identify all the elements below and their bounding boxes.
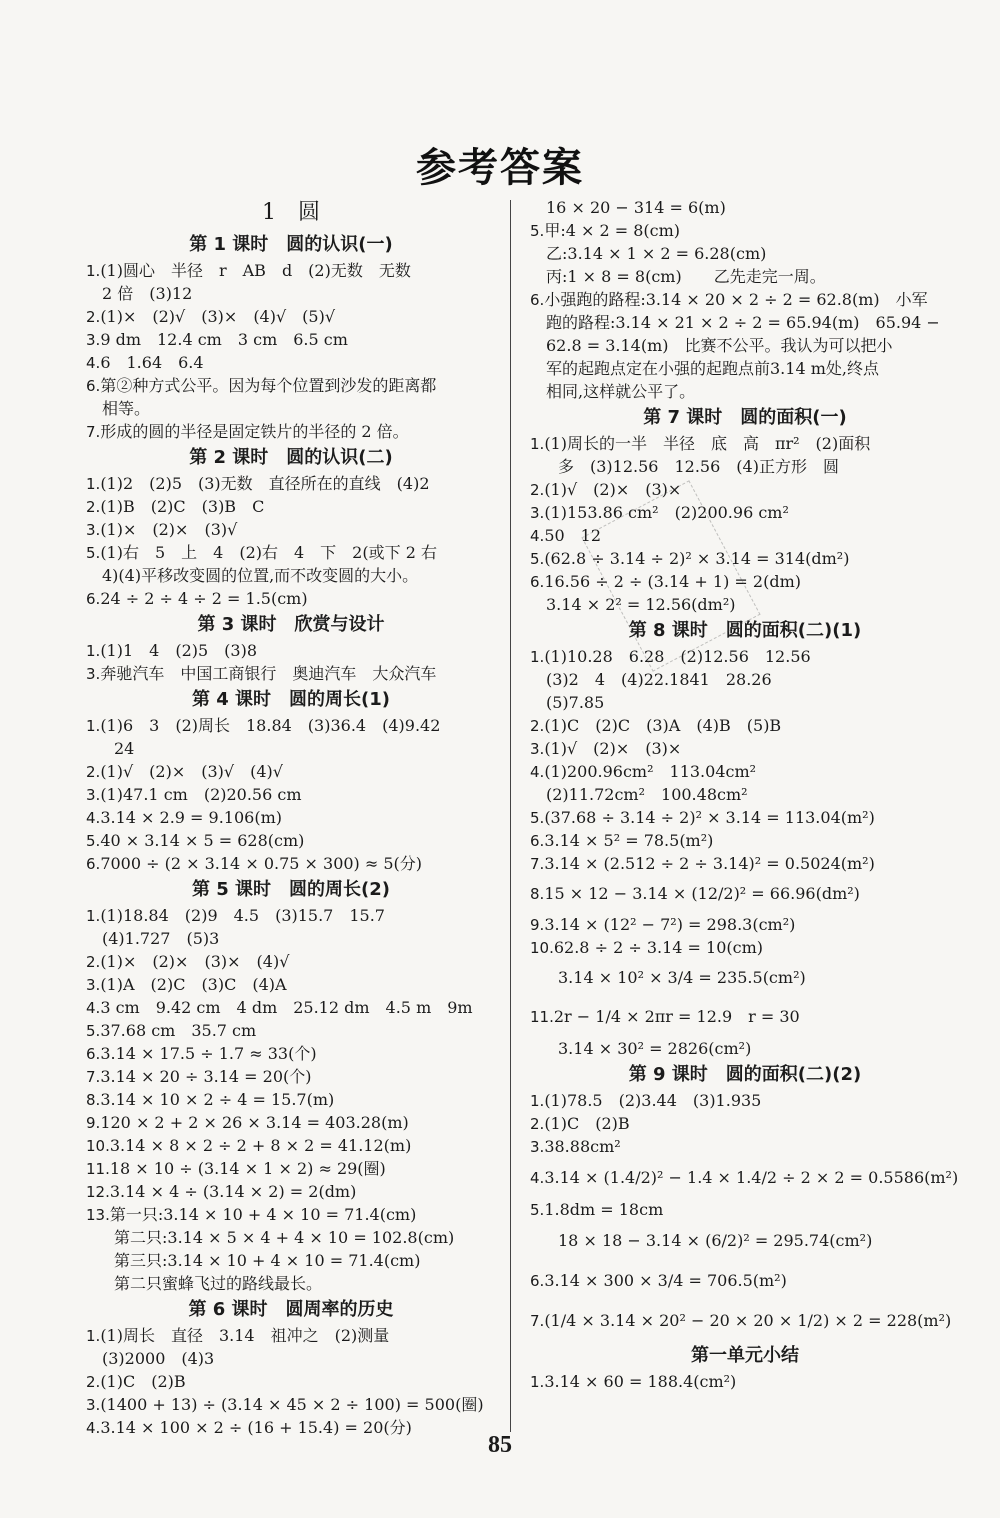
question-number: 6.: [86, 855, 100, 873]
question-number: 5.: [530, 809, 544, 827]
answer-text: 3.14 × 2² = 12.56(dm²): [546, 595, 736, 614]
answer-text: 15 × 12 − 3.14 × (12/2)² = 66.96(dm²): [544, 884, 860, 903]
answer-line: 相等。: [86, 397, 496, 420]
section-heading: 第 5 课时 圆的周长(2): [86, 875, 496, 904]
answer-line: 3.14 × 30² = 2826(cm²): [530, 1037, 960, 1060]
answer-text: (1)周长 直径 3.14 祖冲之 (2)测量: [100, 1326, 389, 1345]
question-number: 5.: [86, 1022, 100, 1040]
answer-line: 4.3.14 × (1.4/2)² − 1.4 × 1.4/2 ÷ 2 × 2 …: [530, 1158, 960, 1198]
answer-line: 相同,这样就公平了。: [530, 380, 960, 403]
answer-line: 2.(1)C (2)B: [86, 1370, 496, 1393]
answer-line: 军的起跑点定在小强的起跑点前3.14 m处,终点: [530, 357, 960, 380]
section-heading: 第 6 课时 圆周率的历史: [86, 1295, 496, 1324]
answer-text: (1)× (2)√ (3)× (4)√ (5)√: [100, 307, 335, 326]
answer-text: 3.14 × (12² − 7²) = 298.3(cm²): [544, 915, 795, 934]
question-number: 4.: [530, 527, 544, 545]
question-number: 2.: [86, 308, 100, 326]
question-number: 5.: [530, 1201, 544, 1219]
question-number: 6.: [530, 1272, 544, 1290]
question-number: 8.: [530, 885, 544, 903]
answer-line: 5.甲:4 × 2 = 8(cm): [530, 219, 960, 242]
answer-line: (5)7.85: [530, 691, 960, 714]
answer-text: 3.14 × (2.512 ÷ 2 ÷ 3.14)² = 0.5024(m²): [544, 854, 875, 873]
answer-text: (1)200.96cm² 113.04cm²: [544, 762, 756, 781]
section-heading: 第 7 课时 圆的面积(一): [530, 403, 960, 432]
answer-line: 3.(1400 + 13) ÷ (3.14 × 45 × 2 ÷ 100) = …: [86, 1393, 496, 1416]
question-number: 11.: [86, 1160, 110, 1178]
question-number: 3.: [530, 1138, 544, 1156]
section-heading: 第 4 课时 圆的周长(1): [86, 685, 496, 714]
question-number: 1.: [530, 648, 544, 666]
answer-text: 38.88cm²: [544, 1137, 620, 1156]
answer-text: 7000 ÷ (2 × 3.14 × 0.75 × 300) ≈ 5(分): [100, 854, 422, 873]
question-number: 1.: [86, 475, 100, 493]
answer-text: 1.8dm = 18cm: [544, 1200, 663, 1219]
answer-text: 16 × 20 − 314 = 6(m): [546, 198, 726, 217]
answer-line: 2.(1)× (2)× (3)× (4)√: [86, 950, 496, 973]
answer-line: (3)2000 (4)3: [86, 1347, 496, 1370]
answer-line: 4.6 1.64 6.4: [86, 351, 496, 374]
answer-line: 4.3 cm 9.42 cm 4 dm 25.12 dm 4.5 m 9m: [86, 996, 496, 1019]
question-number: 1.: [530, 435, 544, 453]
question-number: 2.: [530, 1115, 544, 1133]
answer-text: 2 倍 (3)12: [102, 284, 192, 303]
answer-line: 11.2r − 1/4 × 2πr = 12.9 r = 30: [530, 997, 960, 1037]
answer-line: 3.(1)153.86 cm² (2)200.96 cm²: [530, 501, 960, 524]
answer-text: (1)6 3 (2)周长 18.84 (3)36.4 (4)9.42: [100, 716, 440, 735]
answer-text: 18 × 18 − 3.14 × (6/2)² = 295.74(cm²): [558, 1231, 872, 1250]
question-number: 4.: [86, 999, 100, 1017]
answer-line: 1.(1)1 4 (2)5 (3)8: [86, 639, 496, 662]
answer-text: (1)A (2)C (3)C (4)A: [100, 975, 286, 994]
answer-line: 4)(4)平移改变圆的位置,而不改变圆的大小。: [86, 564, 496, 587]
answer-text: (1)√ (2)× (3)×: [544, 480, 681, 499]
answer-text: 24: [114, 739, 134, 758]
answer-text: (1)右 5 上 4 (2)右 4 下 2(或下 2 右: [100, 543, 437, 562]
answer-text: 形成的圆的半径是固定铁片的半径的 2 倍。: [100, 422, 408, 441]
answer-line: 1.(1)周长 直径 3.14 祖冲之 (2)测量: [86, 1324, 496, 1347]
answer-text: 62.8 ÷ 2 ÷ 3.14 = 10(cm): [554, 938, 763, 957]
answer-text: (1)C (2)B: [544, 1114, 629, 1133]
answer-line: 6.3.14 × 300 × 3/4 = 706.5(m²): [530, 1261, 960, 1301]
answer-line: 1.(1)周长的一半 半径 底 高 πr² (2)面积: [530, 432, 960, 455]
answer-text: 9 dm 12.4 cm 3 cm 6.5 cm: [100, 330, 348, 349]
answer-line: 乙:3.14 × 1 × 2 = 6.28(cm): [530, 242, 960, 265]
answer-line: 11.18 × 10 ÷ (3.14 × 1 × 2) ≈ 29(圈): [86, 1157, 496, 1180]
question-number: 3.: [530, 740, 544, 758]
answer-line: 3.38.88cm²: [530, 1135, 960, 1158]
answer-line: 2.(1)× (2)√ (3)× (4)√ (5)√: [86, 305, 496, 328]
answer-line: 8.3.14 × 10 × 2 ÷ 4 = 15.7(m): [86, 1088, 496, 1111]
answer-line: 3.(1)√ (2)× (3)×: [530, 737, 960, 760]
answer-text: (1)78.5 (2)3.44 (3)1.935: [544, 1091, 761, 1110]
answer-line: 16 × 20 − 314 = 6(m): [530, 196, 960, 219]
answer-text: (1)× (2)× (3)√: [100, 520, 237, 539]
answer-text: (1)153.86 cm² (2)200.96 cm²: [544, 503, 789, 522]
answer-text: 相等。: [102, 399, 150, 418]
answer-line: 5.37.68 cm 35.7 cm: [86, 1019, 496, 1042]
answer-text: 120 × 2 + 2 × 26 × 3.14 = 403.28(m): [100, 1113, 408, 1132]
answer-text: (1)× (2)× (3)× (4)√: [100, 952, 289, 971]
answer-text: 相同,这样就公平了。: [546, 382, 695, 401]
answer-line: 1.(1)2 (2)5 (3)无数 直径所在的直线 (4)2: [86, 472, 496, 495]
answer-text: 3.14 × 60 = 188.4(cm²): [544, 1372, 736, 1391]
question-number: 3.: [86, 976, 100, 994]
answer-text: (2)11.72cm² 100.48cm²: [546, 785, 748, 804]
answer-text: (1)√ (2)× (3)√ (4)√: [100, 762, 283, 781]
question-number: 1.: [86, 907, 100, 925]
answer-text: 40 × 3.14 × 5 = 628(cm): [100, 831, 304, 850]
answer-line: 12.3.14 × 4 ÷ (3.14 × 2) = 2(dm): [86, 1180, 496, 1203]
answer-line: 1.3.14 × 60 = 188.4(cm²): [530, 1370, 960, 1393]
answer-line: 4.50 12: [530, 524, 960, 547]
answer-line: 5.(62.8 ÷ 3.14 ÷ 2)² × 3.14 = 314(dm²): [530, 547, 960, 570]
page-title: 参考答案: [0, 136, 1000, 193]
answer-text: 3.14 × 30² = 2826(cm²): [558, 1039, 751, 1058]
answer-text: (1)圆心 半径 r AB d (2)无数 无数: [100, 261, 411, 280]
answer-line: 3.(1)47.1 cm (2)20.56 cm: [86, 783, 496, 806]
answer-text: (1)2 (2)5 (3)无数 直径所在的直线 (4)2: [100, 474, 429, 493]
answer-line: 7.形成的圆的半径是固定铁片的半径的 2 倍。: [86, 420, 496, 443]
question-number: 2.: [86, 1373, 100, 1391]
answer-text: (1)周长的一半 半径 底 高 πr² (2)面积: [544, 434, 870, 453]
answer-text: 第三只:3.14 × 10 + 4 × 10 = 71.4(cm): [114, 1251, 420, 1270]
answer-line: 5.40 × 3.14 × 5 = 628(cm): [86, 829, 496, 852]
answer-line: 4.(1)200.96cm² 113.04cm²: [530, 760, 960, 783]
answer-line: 丙:1 × 8 = 8(cm) 乙先走完一周。: [530, 265, 960, 288]
answer-line: 4.3.14 × 2.9 = 9.106(m): [86, 806, 496, 829]
question-number: 4.: [530, 763, 544, 781]
answer-line: 6.3.14 × 5² = 78.5(m²): [530, 829, 960, 852]
answer-line: 18 × 18 − 3.14 × (6/2)² = 295.74(cm²): [530, 1221, 960, 1261]
answer-text: 3.14 × 300 × 3/4 = 706.5(m²): [544, 1271, 787, 1290]
answer-line: 1.(1)6 3 (2)周长 18.84 (3)36.4 (4)9.42: [86, 714, 496, 737]
answer-line: 1.(1)10.28 6.28 (2)12.56 12.56: [530, 645, 960, 668]
answer-text: (1/4 × 3.14 × 20² − 20 × 20 × 1/2) × 2 =…: [544, 1311, 951, 1330]
answer-line: 2.(1)√ (2)× (3)×: [530, 478, 960, 501]
answer-text: 62.8 = 3.14(m) 比赛不公平。我认为可以把小: [546, 336, 893, 355]
answer-line: 13.第一只:3.14 × 10 + 4 × 10 = 71.4(cm): [86, 1203, 496, 1226]
answer-text: (1)47.1 cm (2)20.56 cm: [100, 785, 301, 804]
answer-line: 2 倍 (3)12: [86, 282, 496, 305]
answer-text: 奔驰汽车 中国工商银行 奥迪汽车 大众汽车: [100, 664, 436, 683]
question-number: 6.: [530, 573, 544, 591]
answer-text: 18 × 10 ÷ (3.14 × 1 × 2) ≈ 29(圈): [110, 1159, 386, 1178]
answer-line: 8.15 × 12 − 3.14 × (12/2)² = 66.96(dm²): [530, 875, 960, 913]
answer-line: 1.(1)圆心 半径 r AB d (2)无数 无数: [86, 259, 496, 282]
answer-text: 3 cm 9.42 cm 4 dm 25.12 dm 4.5 m 9m: [100, 998, 472, 1017]
section-heading: 第 1 课时 圆的认识(一): [86, 230, 496, 259]
question-number: 1.: [86, 642, 100, 660]
answer-line: 9.3.14 × (12² − 7²) = 298.3(cm²): [530, 913, 960, 936]
question-number: 3.: [86, 786, 100, 804]
answer-line: 多 (3)12.56 12.56 (4)正方形 圆: [530, 455, 960, 478]
answer-text: 3.14 × 10² × 3/4 = 235.5(cm²): [558, 968, 806, 987]
question-number: 3.: [530, 504, 544, 522]
answer-text: 3.14 × 2.9 = 9.106(m): [100, 808, 282, 827]
section-heading: 第 3 课时 欣赏与设计: [86, 610, 496, 639]
answer-text: (1)10.28 6.28 (2)12.56 12.56: [544, 647, 810, 666]
answer-line: 3.(1)A (2)C (3)C (4)A: [86, 973, 496, 996]
question-number: 5.: [530, 550, 544, 568]
answer-line: 1.(1)18.84 (2)9 4.5 (3)15.7 15.7: [86, 904, 496, 927]
answer-text: (3)2000 (4)3: [102, 1349, 214, 1368]
answer-line: 第三只:3.14 × 10 + 4 × 10 = 71.4(cm): [86, 1249, 496, 1272]
right-column: 16 × 20 − 314 = 6(m)5.甲:4 × 2 = 8(cm)乙:3…: [530, 196, 960, 1393]
answer-text: 24 ÷ 2 ÷ 4 ÷ 2 = 1.5(cm): [100, 589, 307, 608]
answer-line: 6.小强跑的路程:3.14 × 20 × 2 ÷ 2 = 62.8(m) 小军: [530, 288, 960, 311]
question-number: 3.: [86, 1396, 100, 1414]
answer-line: 5.1.8dm = 18cm: [530, 1198, 960, 1221]
answer-text: (62.8 ÷ 3.14 ÷ 2)² × 3.14 = 314(dm²): [544, 549, 849, 568]
question-number: 2.: [530, 481, 544, 499]
answer-line: 6.第②种方式公平。因为每个位置到沙发的距离都: [86, 374, 496, 397]
answer-text: 乙:3.14 × 1 × 2 = 6.28(cm): [546, 244, 766, 263]
question-number: 10.: [86, 1137, 110, 1155]
answer-line: 2.(1)B (2)C (3)B C: [86, 495, 496, 518]
answer-text: 3.14 × 8 × 2 ÷ 2 + 8 × 2 = 41.12(m): [110, 1136, 411, 1155]
answer-text: 3.14 × 5² = 78.5(m²): [544, 831, 713, 850]
question-number: 3.: [86, 331, 100, 349]
answer-line: 3.奔驰汽车 中国工商银行 奥迪汽车 大众汽车: [86, 662, 496, 685]
section-heading: 第 8 课时 圆的面积(二)(1): [530, 616, 960, 645]
answer-line: 2.(1)C (2)B: [530, 1112, 960, 1135]
question-number: 10.: [530, 939, 554, 957]
question-number: 1.: [86, 717, 100, 735]
answer-text: (5)7.85: [546, 693, 604, 712]
answer-line: 3.(1)× (2)× (3)√: [86, 518, 496, 541]
answer-text: (1)C (2)C (3)A (4)B (5)B: [544, 716, 781, 735]
question-number: 2.: [86, 953, 100, 971]
answer-line: 6.3.14 × 17.5 ÷ 1.7 ≈ 33(个): [86, 1042, 496, 1065]
question-number: 7.: [530, 855, 544, 873]
answer-text: 跑的路程:3.14 × 21 × 2 ÷ 2 = 65.94(m) 65.94 …: [546, 313, 940, 332]
question-number: 4.: [86, 354, 100, 372]
answer-text: 3.14 × 17.5 ÷ 1.7 ≈ 33(个): [100, 1044, 316, 1063]
question-number: 2.: [86, 763, 100, 781]
answer-line: 10.3.14 × 8 × 2 ÷ 2 + 8 × 2 = 41.12(m): [86, 1134, 496, 1157]
question-number: 7.: [86, 423, 100, 441]
answer-text: 2r − 1/4 × 2πr = 12.9 r = 30: [554, 1007, 800, 1026]
answer-line: 第二只:3.14 × 5 × 4 + 4 × 10 = 102.8(cm): [86, 1226, 496, 1249]
question-number: 3.: [86, 521, 100, 539]
question-number: 13.: [86, 1206, 110, 1224]
answer-line: 6.16.56 ÷ 2 ÷ (3.14 + 1) = 2(dm): [530, 570, 960, 593]
question-number: 1.: [530, 1092, 544, 1110]
answer-text: 多 (3)12.56 12.56 (4)正方形 圆: [558, 457, 839, 476]
question-number: 3.: [86, 665, 100, 683]
answer-text: 50 12: [544, 526, 601, 545]
answer-line: 7.3.14 × (2.512 ÷ 2 ÷ 3.14)² = 0.5024(m²…: [530, 852, 960, 875]
question-number: 1.: [530, 1373, 544, 1391]
answer-text: (1)1 4 (2)5 (3)8: [100, 641, 257, 660]
answer-line: 5.(1)右 5 上 4 (2)右 4 下 2(或下 2 右: [86, 541, 496, 564]
answer-line: 2.(1)√ (2)× (3)√ (4)√: [86, 760, 496, 783]
answer-text: 4)(4)平移改变圆的位置,而不改变圆的大小。: [102, 566, 418, 585]
answer-text: (1)√ (2)× (3)×: [544, 739, 681, 758]
answer-text: 第一只:3.14 × 10 + 4 × 10 = 71.4(cm): [110, 1205, 416, 1224]
answer-line: 3.14 × 10² × 3/4 = 235.5(cm²): [530, 959, 960, 997]
answer-line: 9.120 × 2 + 2 × 26 × 3.14 = 403.28(m): [86, 1111, 496, 1134]
answer-text: 丙:1 × 8 = 8(cm) 乙先走完一周。: [546, 267, 826, 286]
question-number: 7.: [86, 1068, 100, 1086]
answer-line: (2)11.72cm² 100.48cm²: [530, 783, 960, 806]
question-number: 9.: [86, 1114, 100, 1132]
question-number: 2.: [86, 498, 100, 516]
answer-line: 3.14 × 2² = 12.56(dm²): [530, 593, 960, 616]
question-number: 7.: [530, 1312, 544, 1330]
answer-text: 小强跑的路程:3.14 × 20 × 2 ÷ 2 = 62.8(m) 小军: [544, 290, 927, 309]
answer-text: 3.14 × 10 × 2 ÷ 4 = 15.7(m): [100, 1090, 334, 1109]
question-number: 11.: [530, 1008, 554, 1026]
answer-line: 5.(37.68 ÷ 3.14 ÷ 2)² × 3.14 = 113.04(m²…: [530, 806, 960, 829]
question-number: 2.: [530, 717, 544, 735]
chapter-heading: 1 圆: [86, 196, 496, 230]
answer-text: 3.14 × 20 ÷ 3.14 = 20(个): [100, 1067, 311, 1086]
answer-text: (1400 + 13) ÷ (3.14 × 45 × 2 ÷ 100) = 50…: [100, 1395, 483, 1414]
answer-line: 跑的路程:3.14 × 21 × 2 ÷ 2 = 65.94(m) 65.94 …: [530, 311, 960, 334]
answer-text: 3.14 × (1.4/2)² − 1.4 × 1.4/2 ÷ 2 × 2 = …: [544, 1168, 958, 1187]
answer-line: 3.9 dm 12.4 cm 3 cm 6.5 cm: [86, 328, 496, 351]
answer-line: 第二只蜜蜂飞过的路线最长。: [86, 1272, 496, 1295]
answer-line: 6.24 ÷ 2 ÷ 4 ÷ 2 = 1.5(cm): [86, 587, 496, 610]
question-number: 4.: [530, 1169, 544, 1187]
answer-line: 62.8 = 3.14(m) 比赛不公平。我认为可以把小: [530, 334, 960, 357]
answer-line: 7.3.14 × 20 ÷ 3.14 = 20(个): [86, 1065, 496, 1088]
answer-line: 2.(1)C (2)C (3)A (4)B (5)B: [530, 714, 960, 737]
answer-text: 16.56 ÷ 2 ÷ (3.14 + 1) = 2(dm): [544, 572, 801, 591]
answer-text: 甲:4 × 2 = 8(cm): [544, 221, 680, 240]
question-number: 1.: [86, 262, 100, 280]
question-number: 5.: [530, 222, 544, 240]
answer-line: 24: [86, 737, 496, 760]
answer-text: (37.68 ÷ 3.14 ÷ 2)² × 3.14 = 113.04(m²): [544, 808, 875, 827]
answer-text: (1)C (2)B: [100, 1372, 185, 1391]
answer-text: 6 1.64 6.4: [100, 353, 203, 372]
question-number: 6.: [86, 377, 100, 395]
answer-text: 第二只:3.14 × 5 × 4 + 4 × 10 = 102.8(cm): [114, 1228, 454, 1247]
question-number: 6.: [530, 291, 544, 309]
answer-line: 10.62.8 ÷ 2 ÷ 3.14 = 10(cm): [530, 936, 960, 959]
answer-text: 37.68 cm 35.7 cm: [100, 1021, 256, 1040]
question-number: 5.: [86, 832, 100, 850]
section-heading: 第 2 课时 圆的认识(二): [86, 443, 496, 472]
answer-text: 第二只蜜蜂飞过的路线最长。: [114, 1274, 322, 1293]
section-heading: 第 9 课时 圆的面积(二)(2): [530, 1060, 960, 1089]
question-number: 4.: [86, 809, 100, 827]
left-column: 1 圆第 1 课时 圆的认识(一)1.(1)圆心 半径 r AB d (2)无数…: [86, 196, 496, 1439]
answer-line: 7.(1/4 × 3.14 × 20² − 20 × 20 × 1/2) × 2…: [530, 1301, 960, 1341]
question-number: 8.: [86, 1091, 100, 1109]
question-number: 6.: [86, 590, 100, 608]
answer-text: (3)2 4 (4)22.1841 28.26: [546, 670, 772, 689]
answer-text: 军的起跑点定在小强的起跑点前3.14 m处,终点: [546, 359, 879, 378]
column-divider: [510, 200, 511, 1432]
answer-text: 3.14 × 4 ÷ (3.14 × 2) = 2(dm): [110, 1182, 356, 1201]
question-number: 5.: [86, 544, 100, 562]
question-number: 6.: [530, 832, 544, 850]
answer-text: (4)1.727 (5)3: [102, 929, 219, 948]
page-number: 85: [0, 1432, 1000, 1459]
answer-text: 第②种方式公平。因为每个位置到沙发的距离都: [100, 376, 436, 395]
answer-text: (1)B (2)C (3)B C: [100, 497, 264, 516]
question-number: 9.: [530, 916, 544, 934]
answer-line: (3)2 4 (4)22.1841 28.26: [530, 668, 960, 691]
question-number: 1.: [86, 1327, 100, 1345]
answer-text: (1)18.84 (2)9 4.5 (3)15.7 15.7: [100, 906, 385, 925]
section-heading: 第一单元小结: [530, 1341, 960, 1370]
question-number: 12.: [86, 1183, 110, 1201]
answer-line: (4)1.727 (5)3: [86, 927, 496, 950]
answer-line: 6.7000 ÷ (2 × 3.14 × 0.75 × 300) ≈ 5(分): [86, 852, 496, 875]
answer-line: 1.(1)78.5 (2)3.44 (3)1.935: [530, 1089, 960, 1112]
question-number: 6.: [86, 1045, 100, 1063]
